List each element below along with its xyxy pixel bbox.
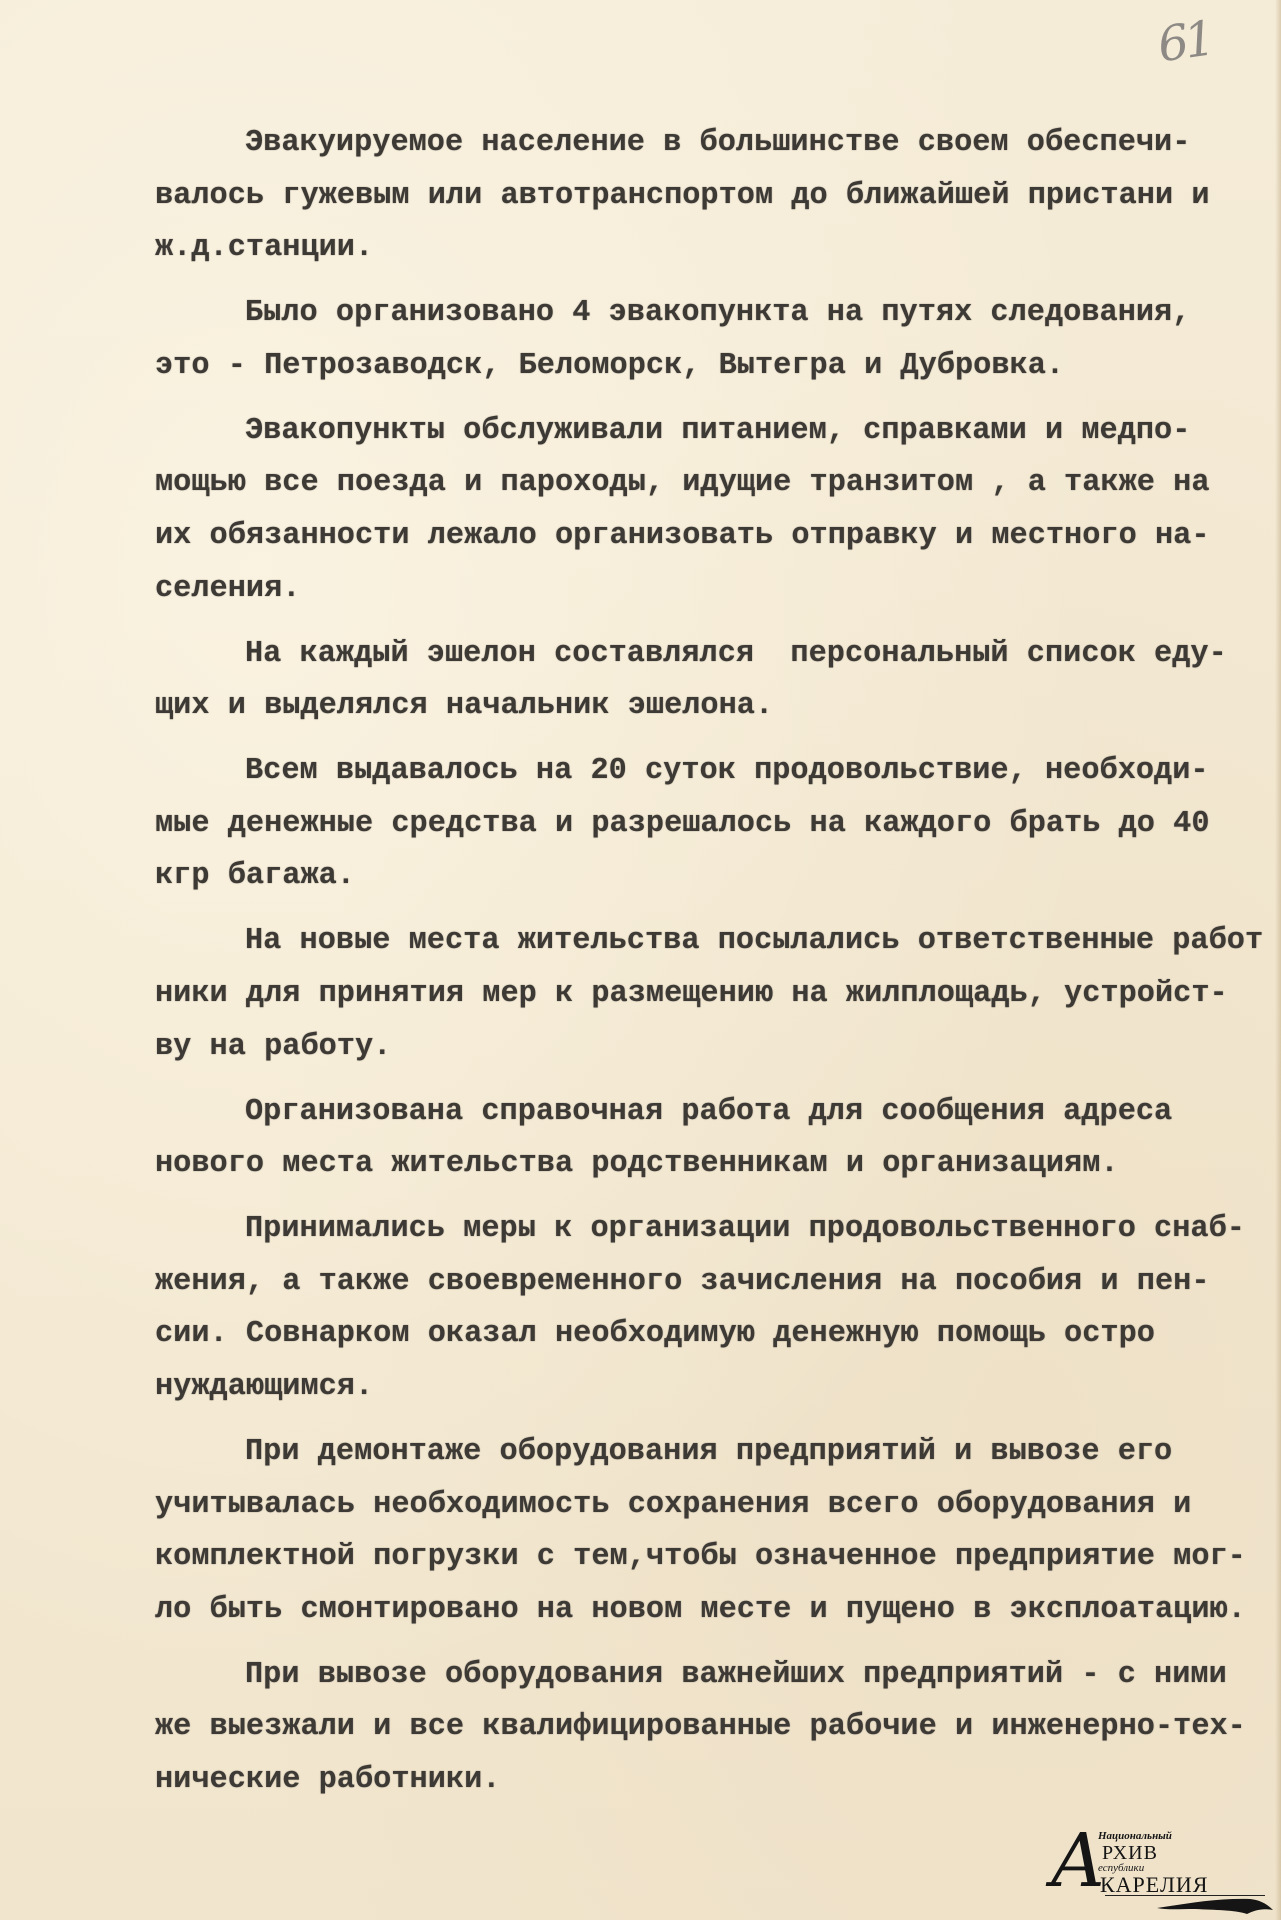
paragraph-first-line: Всем выдавалось на 20 суток продовольств… [245, 756, 1209, 786]
paragraph-line: нуждающимся. [155, 1372, 373, 1402]
paragraph-line: кгр багажа. [155, 861, 355, 891]
paragraph-line: ж.д.станции. [155, 233, 373, 263]
paragraph-line: их обязанности лежало организовать отпра… [155, 521, 1210, 551]
paper-background [0, 0, 1281, 1920]
paragraph-line: ло быть смонтировано на новом месте и пу… [155, 1595, 1246, 1625]
paragraph-line: ники для принятия мер к размещению на жи… [155, 979, 1228, 1009]
paragraph-first-line: Было организовано 4 эвакопункта на путях… [245, 298, 1190, 328]
archive-logo: А Национальный РХИВ еспублики КАРЕЛИЯ [1050, 1822, 1275, 1917]
paragraph-line: учитывалась необходимость сохранения все… [155, 1490, 1191, 1520]
paragraph-line: щих и выделялся начальник эшелона. [155, 691, 773, 721]
paragraph-line: нические работники. [155, 1765, 500, 1795]
paragraph-line: сии. Совнарком оказал необходимую денежн… [155, 1319, 1155, 1349]
paragraph-line: селения. [155, 574, 300, 604]
paragraph-first-line: Принимались меры к организации продоволь… [245, 1214, 1245, 1244]
logo-line-1: Национальный [1098, 1830, 1172, 1842]
paragraph-first-line: На каждый эшелон составлялся персональны… [245, 639, 1227, 669]
paragraph-first-line: При демонтаже оборудования предприятий и… [245, 1437, 1172, 1467]
paragraph-line: это - Петрозаводск, Беломорск, Вытегра и… [155, 351, 1064, 381]
paragraph-line: ву на работу. [155, 1032, 391, 1062]
paragraph-line: мые денежные средства и разрешалось на к… [155, 809, 1210, 839]
paragraph-line: комплектной погрузки с тем,чтобы означен… [155, 1542, 1246, 1572]
paragraph-first-line: Организована справочная работа для сообщ… [245, 1097, 1172, 1127]
paragraph-first-line: Эвакопункты обслуживали питанием, справк… [245, 416, 1190, 446]
paragraph-line: нового места жительства родственникам и … [155, 1149, 1119, 1179]
paper-edge [1275, 0, 1281, 1920]
paragraph-line: же выезжали и все квалифицированные рабо… [155, 1712, 1246, 1742]
paragraph-first-line: Эвакуируемое население в большинстве сво… [245, 128, 1190, 158]
page-number: 61 [1154, 11, 1214, 74]
paragraph-first-line: На новые места жительства посылались отв… [245, 926, 1263, 956]
paragraph-line: мощью все поезда и пароходы, идущие тран… [155, 468, 1210, 498]
paragraph-first-line: При вывозе оборудования важнейших предпр… [245, 1660, 1227, 1690]
paragraph-line: валось гужевым или автотранспортом до бл… [155, 181, 1210, 211]
paragraph-line: жения, а также своевременного зачисления… [155, 1267, 1210, 1297]
quill-icon [1155, 1896, 1275, 1918]
